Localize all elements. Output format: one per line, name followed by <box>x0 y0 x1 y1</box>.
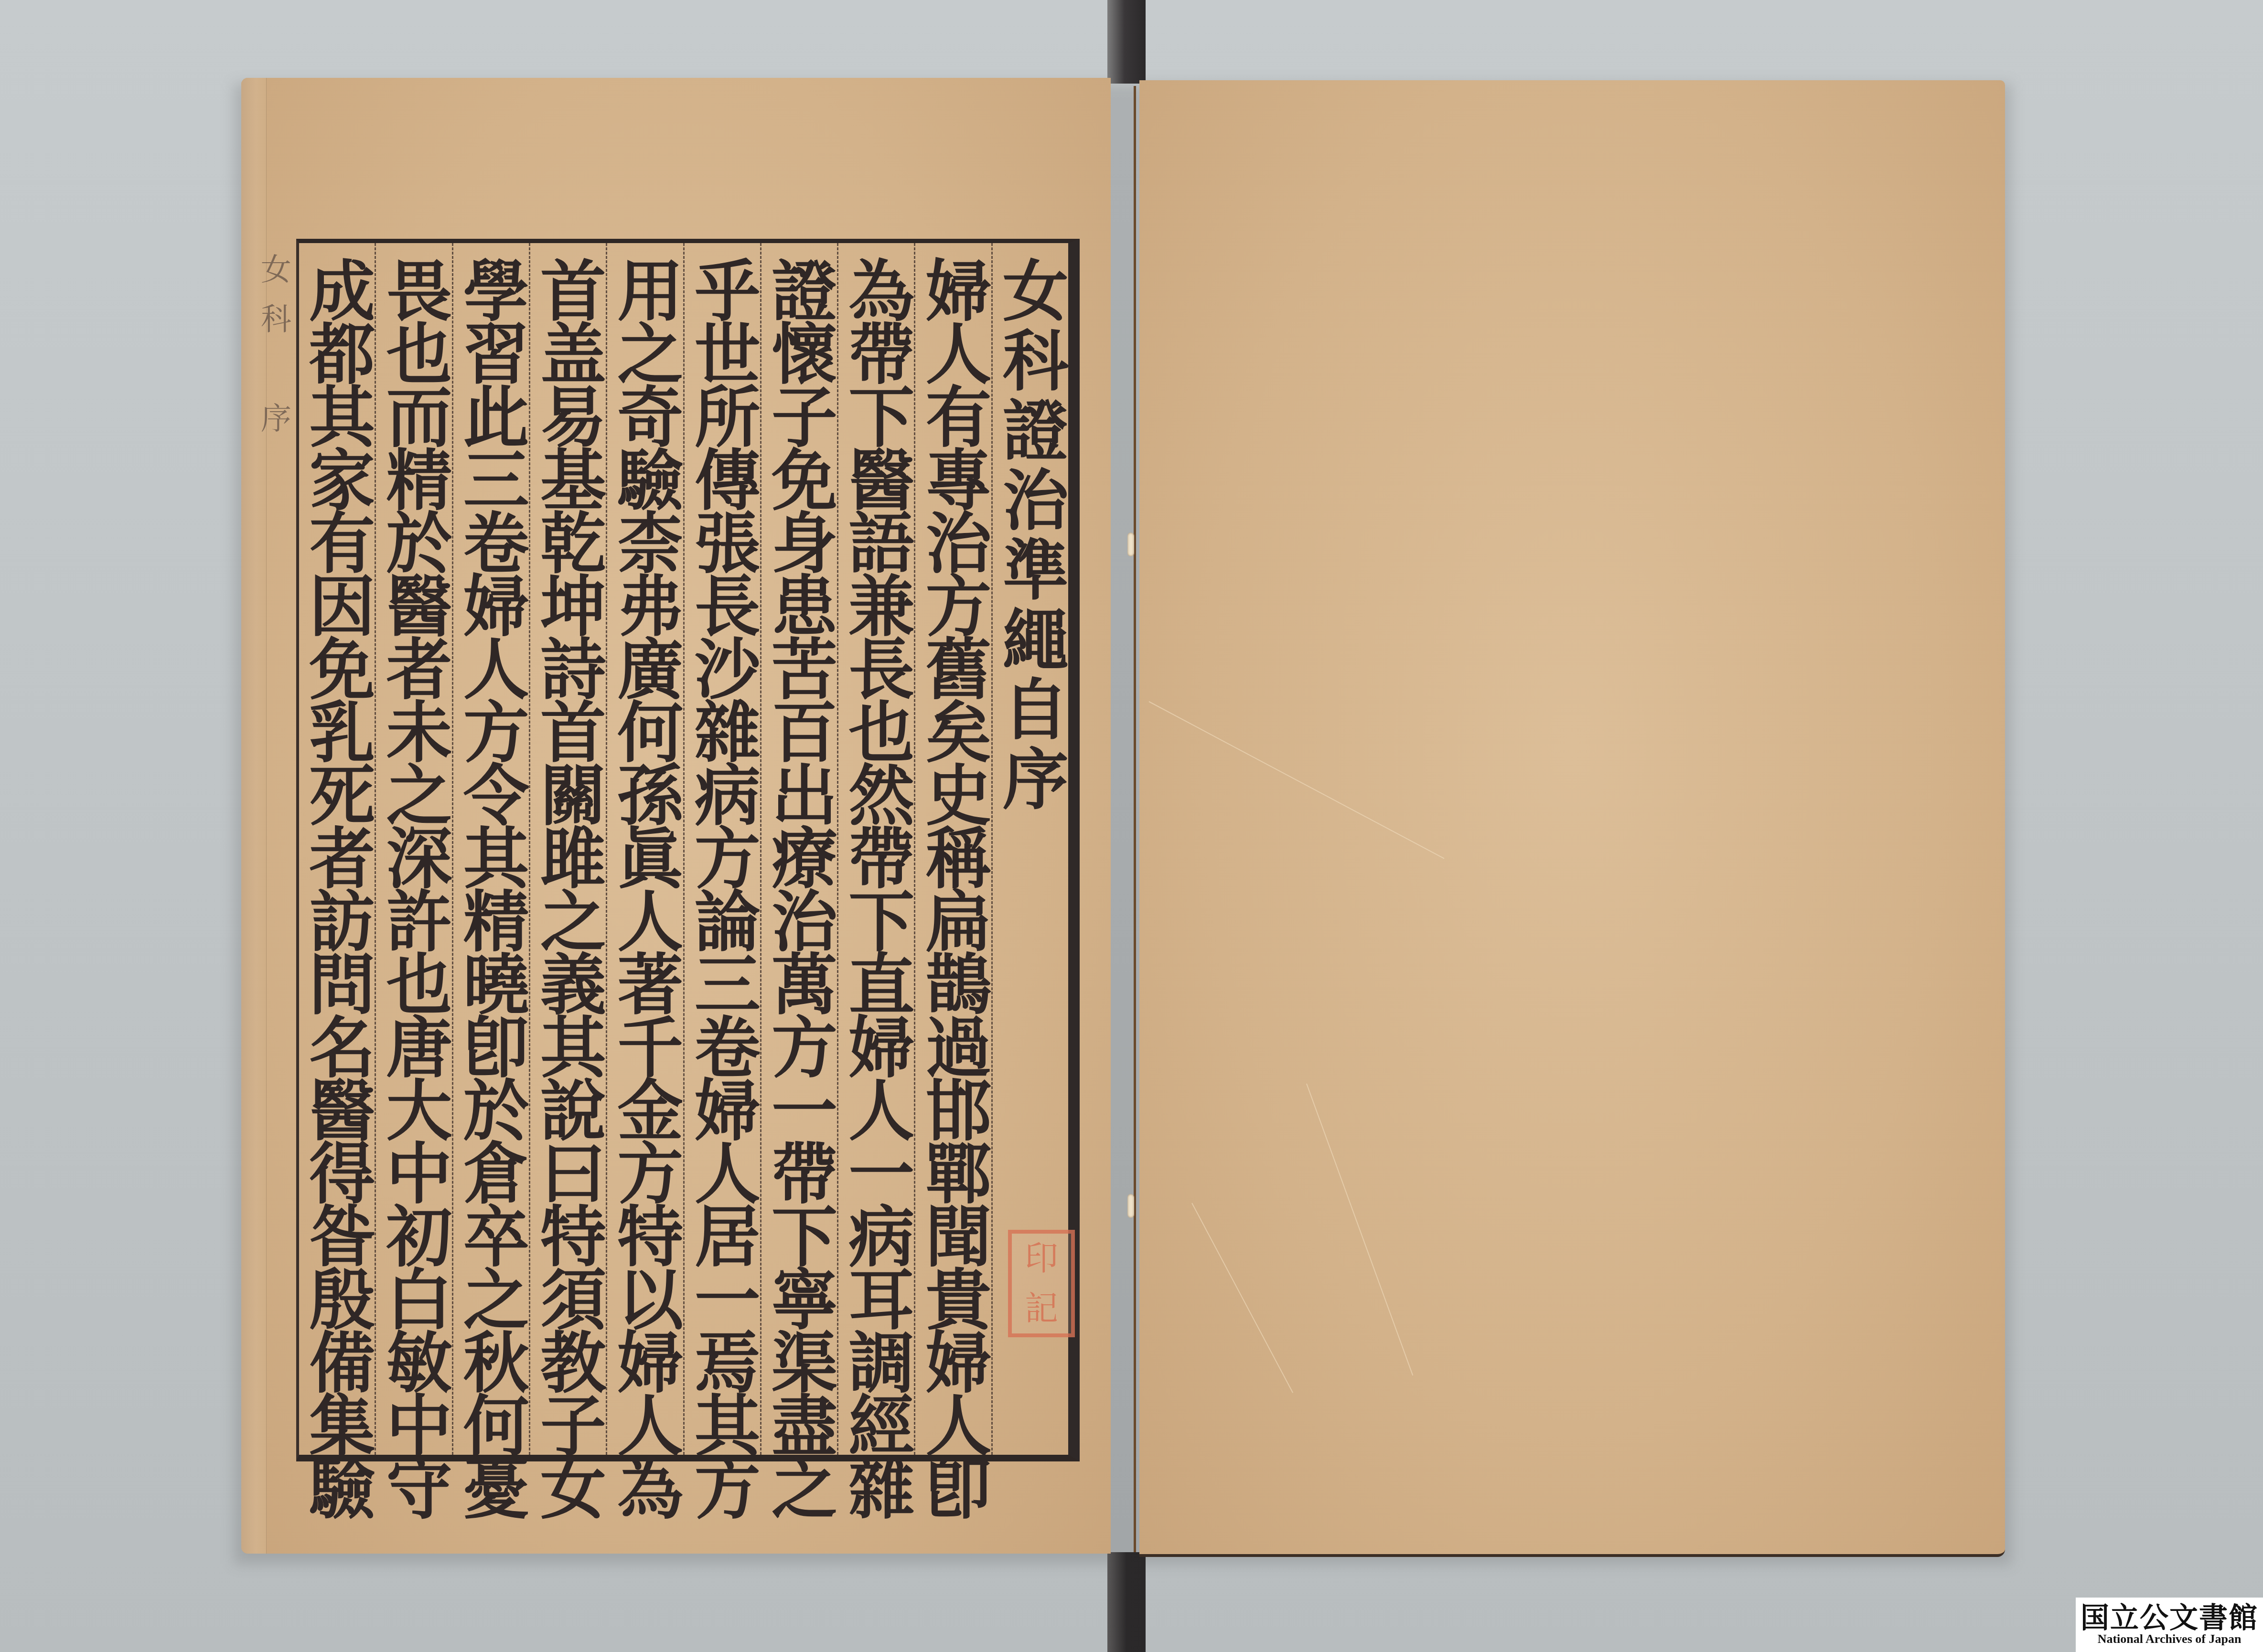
column-text: 首盖易基乾坤詩首關雎之義其說曰特須教子女 <box>535 243 601 1455</box>
text-column: 學習此三卷婦人方令其精曉卽於倉卒之秋何憂 <box>452 243 529 1455</box>
text-column: 婦人有專治方舊矣史稱扁鵲過邯鄲聞貴婦人卽 <box>914 243 991 1455</box>
red-seal-stamp: 印 記 <box>1008 1230 1075 1337</box>
seal-glyph: 記 <box>1025 1292 1058 1325</box>
margin-heading: 女科 序 <box>271 253 295 1457</box>
gutter-line <box>1134 86 1136 1552</box>
column-text: 為帶下醫語兼長也然帶下直婦人一病耳調經雜 <box>843 243 909 1455</box>
text-column: 為帶下醫語兼長也然帶下直婦人一病耳調經雜 <box>837 243 914 1455</box>
column-text: 成都其家有因免乳死者訪問名醫得昝殷備集驗 <box>304 243 370 1455</box>
text-column: 用之奇驗柰弗廣何孫眞人著千金方特以婦人為 <box>606 243 683 1455</box>
stitch-hole <box>1127 1194 1134 1218</box>
text-column: 畏也而精於醫者未之深許也唐大中初白敏中守 <box>375 243 451 1455</box>
text-column: 首盖易基乾坤詩首關雎之義其說曰特須教子女 <box>529 243 606 1455</box>
right-page <box>1139 80 2005 1557</box>
stitch-hole <box>1127 533 1134 556</box>
archive-watermark-logo: 国立公文書館 National Archives of Japan <box>2076 1598 2263 1652</box>
column-text: 婦人有專治方舊矣史稱扁鵲過邯鄲聞貴婦人卽 <box>921 243 987 1455</box>
logo-japanese-text: 国立公文書館 <box>2081 1604 2258 1632</box>
column-text: 畏也而精於醫者未之深許也唐大中初白敏中守 <box>381 243 447 1455</box>
column-text: 乎世所傳張長沙雜病方論三卷婦人居一焉其方 <box>689 243 755 1455</box>
text-frame: 女科證治準繩自序 婦人有專治方舊矣史稱扁鵲過邯鄲聞貴婦人卽 為帶下醫語兼長也然帶… <box>296 239 1080 1461</box>
column-text: 用之奇驗柰弗廣何孫眞人著千金方特以婦人為 <box>612 243 678 1455</box>
column-text: 證懷子免身患苦百出療治萬方一帶下寧渠盡之 <box>766 243 832 1455</box>
paper-crease <box>1149 701 1445 859</box>
text-columns: 女科證治準繩自序 婦人有專治方舊矣史稱扁鵲過邯鄲聞貴婦人卽 為帶下醫語兼長也然帶… <box>299 243 1068 1455</box>
column-text: 學習此三卷婦人方令其精曉卽於倉卒之秋何憂 <box>458 243 524 1455</box>
text-column: 乎世所傳張長沙雜病方論三卷婦人居一焉其方 <box>683 243 760 1455</box>
binding-spine-top <box>1107 0 1146 84</box>
seal-glyph: 印 <box>1025 1242 1058 1275</box>
paper-crease <box>1191 1203 1293 1393</box>
text-column: 成都其家有因免乳死者訪問名醫得昝殷備集驗 <box>299 243 375 1455</box>
paper-crease <box>1306 1084 1413 1375</box>
logo-english-text: National Archives of Japan <box>2098 1632 2242 1646</box>
binding-spine-bottom <box>1107 1552 1146 1652</box>
text-column: 證懷子免身患苦百出療治萬方一帶下寧渠盡之 <box>760 243 837 1455</box>
